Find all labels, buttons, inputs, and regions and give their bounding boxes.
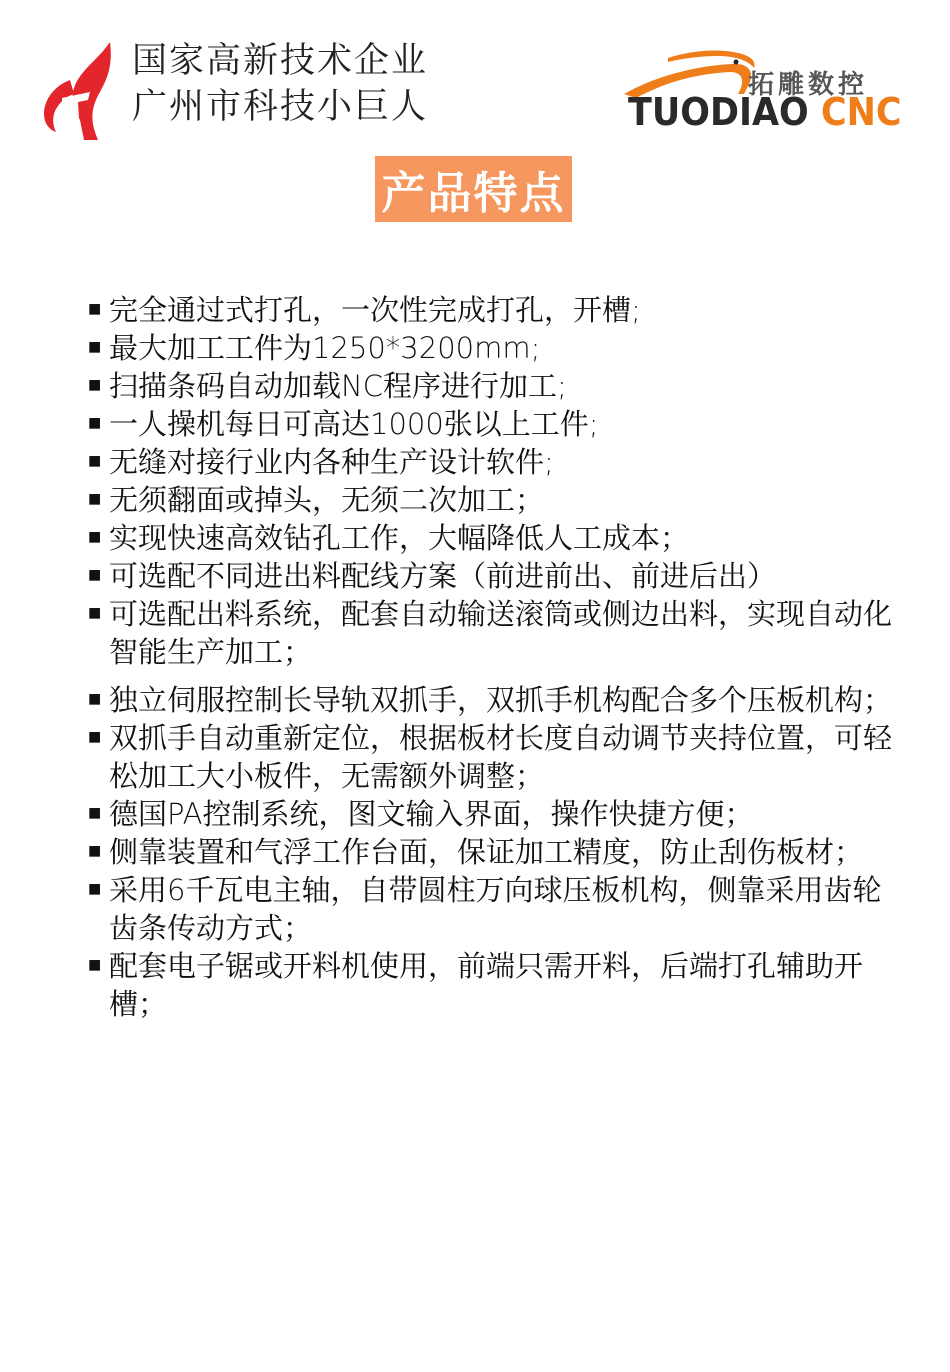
brand-logo: 拓雕数控 TUODIAO CNC bbox=[622, 48, 907, 132]
bullet-square-icon: ■ bbox=[88, 443, 109, 481]
brand-name-tuodiao: TUODIAO bbox=[628, 90, 809, 134]
feature-item: ■最大加工工件为1250*3200mm; bbox=[88, 329, 908, 367]
bullet-square-icon: ■ bbox=[88, 795, 109, 833]
feature-item: ■可选配出料系统，配套自动输送滚筒或侧边出料，实现自动化智能生产加工； bbox=[88, 595, 908, 671]
feature-item: ■完全通过式打孔，一次性完成打孔，开槽; bbox=[88, 291, 908, 329]
feature-text: 可选配出料系统，配套自动输送滚筒或侧边出料，实现自动化智能生产加工； bbox=[109, 595, 899, 671]
feature-item: ■侧靠装置和气浮工作台面，保证加工精度，防止刮伤板材； bbox=[88, 833, 908, 871]
feature-item: ■实现快速高效钻孔工作，大幅降低人工成本； bbox=[88, 519, 908, 557]
feature-text: 双抓手自动重新定位，根据板材长度自动调节夹持位置，可轻松加工大小板件，无需额外调… bbox=[109, 719, 899, 795]
feature-text: 扫描条码自动加载NC程序进行加工; bbox=[109, 367, 899, 405]
certification-header: 国家高新技术企业 广州市科技小巨人 bbox=[40, 38, 440, 140]
feature-text: 实现快速高效钻孔工作，大幅降低人工成本； bbox=[109, 519, 899, 557]
bullet-square-icon: ■ bbox=[88, 947, 109, 1023]
bullet-square-icon: ■ bbox=[88, 833, 109, 871]
bullet-square-icon: ■ bbox=[88, 367, 109, 405]
bullet-square-icon: ■ bbox=[88, 519, 109, 557]
feature-text: 采用6千瓦电主轴，自带圆柱万向球压板机构，侧靠采用齿轮齿条传动方式； bbox=[109, 871, 899, 947]
feature-text: 独立伺服控制长导轨双抓手，双抓手机构配合多个压板机构； bbox=[109, 681, 899, 719]
feature-item: ■扫描条码自动加载NC程序进行加工; bbox=[88, 367, 908, 405]
brand-english-name: TUODIAO CNC bbox=[628, 90, 902, 134]
feature-item: ■德国PA控制系统，图文输入界面，操作快捷方便； bbox=[88, 795, 908, 833]
section-title-banner: 产品特点 bbox=[375, 156, 572, 222]
feature-list: ■完全通过式打孔，一次性完成打孔，开槽; ■最大加工工件为1250*3200mm… bbox=[88, 291, 908, 1023]
bullet-square-icon: ■ bbox=[88, 291, 109, 329]
bullet-square-icon: ■ bbox=[88, 557, 109, 595]
torch-logo-icon bbox=[40, 40, 122, 140]
certification-line-guangzhou: 广州市科技小巨人 bbox=[132, 84, 428, 130]
feature-text: 完全通过式打孔，一次性完成打孔，开槽; bbox=[109, 291, 899, 329]
bullet-square-icon: ■ bbox=[88, 681, 109, 719]
feature-item: ■一人操机每日可高达1000张以上工件; bbox=[88, 405, 908, 443]
bullet-square-icon: ■ bbox=[88, 481, 109, 519]
feature-item: ■配套电子锯或开料机使用，前端只需开料，后端打孔辅助开槽； bbox=[88, 947, 908, 1023]
feature-text: 德国PA控制系统，图文输入界面，操作快捷方便； bbox=[109, 795, 899, 833]
feature-item: ■采用6千瓦电主轴，自带圆柱万向球压板机构，侧靠采用齿轮齿条传动方式； bbox=[88, 871, 908, 947]
feature-item: ■无缝对接行业内各种生产设计软件; bbox=[88, 443, 908, 481]
feature-item: ■双抓手自动重新定位，根据板材长度自动调节夹持位置，可轻松加工大小板件，无需额外… bbox=[88, 719, 908, 795]
feature-text: 最大加工工件为1250*3200mm; bbox=[109, 329, 899, 367]
bullet-square-icon: ■ bbox=[88, 405, 109, 443]
bullet-square-icon: ■ bbox=[88, 871, 109, 947]
bullet-square-icon: ■ bbox=[88, 329, 109, 367]
certification-line-national: 国家高新技术企业 bbox=[132, 38, 428, 84]
feature-text: 可选配不同进出料配线方案（前进前出、前进后出） bbox=[109, 557, 899, 595]
feature-item: ■无须翻面或掉头，无须二次加工； bbox=[88, 481, 908, 519]
feature-item: ■独立伺服控制长导轨双抓手，双抓手机构配合多个压板机构； bbox=[88, 681, 908, 719]
bullet-square-icon: ■ bbox=[88, 595, 109, 671]
brand-name-cnc: CNC bbox=[821, 90, 902, 134]
feature-item: ■可选配不同进出料配线方案（前进前出、前进后出） bbox=[88, 557, 908, 595]
feature-text: 无缝对接行业内各种生产设计软件; bbox=[109, 443, 899, 481]
feature-text: 侧靠装置和气浮工作台面，保证加工精度，防止刮伤板材； bbox=[109, 833, 899, 871]
feature-text: 无须翻面或掉头，无须二次加工； bbox=[109, 481, 899, 519]
bullet-square-icon: ■ bbox=[88, 719, 109, 795]
feature-text: 一人操机每日可高达1000张以上工件; bbox=[109, 405, 899, 443]
section-title: 产品特点 bbox=[382, 157, 566, 221]
feature-text: 配套电子锯或开料机使用，前端只需开料，后端打孔辅助开槽； bbox=[109, 947, 899, 1023]
